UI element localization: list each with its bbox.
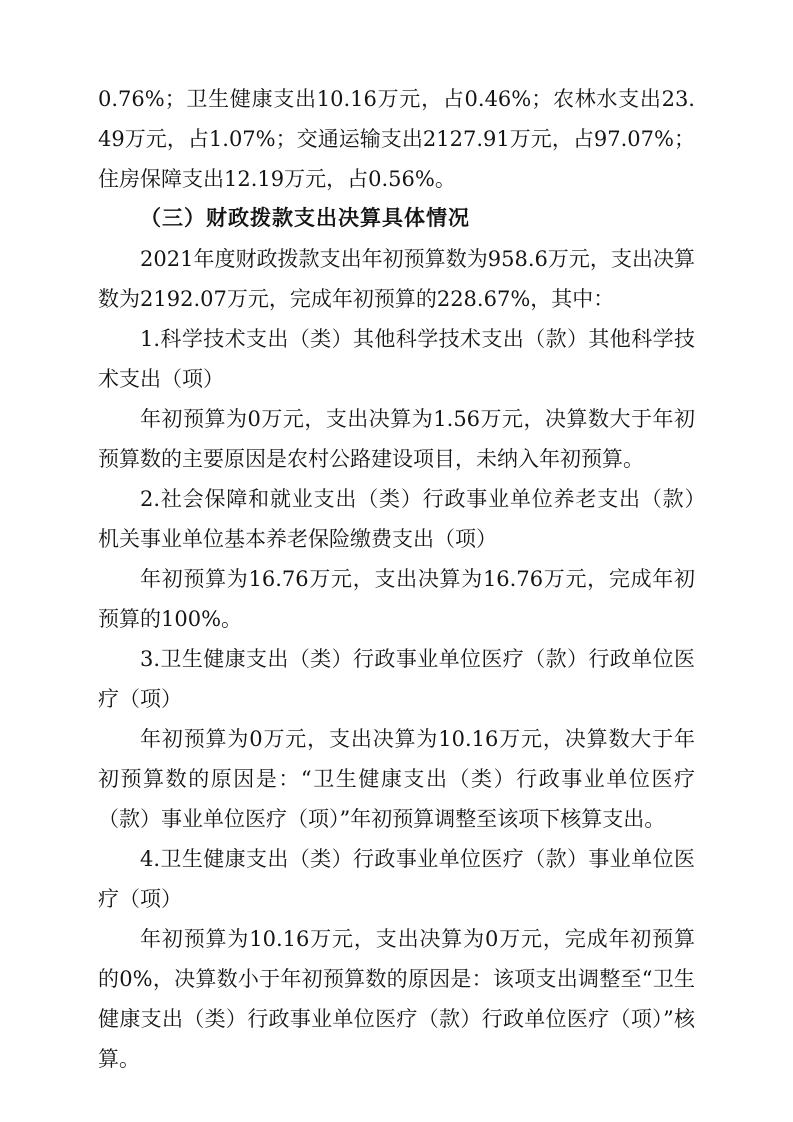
section-heading-fiscal-appropriation-details: （三）财政拨款支出决算具体情况 [98, 199, 695, 239]
document-content: 0.76%；卫生健康支出10.16万元，占0.46%；农林水支出23.49万元，… [98, 79, 695, 1079]
paragraph-item1-science-technology-detail: 年初预算为0万元，支出决算为1.56万元，决算数大于年初预算数的主要原因是农村公… [98, 399, 695, 479]
paragraph-annual-budget-overview: 2021年度财政拨款支出年初预算数为958.6万元，支出决算数为2192.07万… [98, 239, 695, 319]
paragraph-item2-social-security-title: 2.社会保障和就业支出（类）行政事业单位养老支出（款） 机关事业单位基本养老保险… [98, 479, 695, 559]
paragraph-item4-health-institution-detail: 年初预算为10.16万元，支出决算为0万元，完成年初预算的0%，决算数小于年初预… [98, 919, 695, 1079]
paragraph-item3-health-admin-title: 3.卫生健康支出（类）行政事业单位医疗（款）行政单位医疗（项） [98, 639, 695, 719]
paragraph-item3-health-admin-detail: 年初预算为0万元，支出决算为10.16万元，决算数大于年初预算数的原因是：“卫生… [98, 719, 695, 839]
document-page: 0.76%；卫生健康支出10.16万元，占0.46%；农林水支出23.49万元，… [0, 0, 793, 1122]
paragraph-item1-science-technology-title: 1.科学技术支出（类）其他科学技术支出（款）其他科学技术支出（项） [98, 319, 695, 399]
paragraph-expenditure-shares-continuation: 0.76%；卫生健康支出10.16万元，占0.46%；农林水支出23.49万元，… [98, 79, 695, 199]
paragraph-item4-health-institution-title: 4.卫生健康支出（类）行政事业单位医疗（款）事业单位医疗（项） [98, 839, 695, 919]
paragraph-item2-social-security-detail: 年初预算为16.76万元，支出决算为16.76万元，完成年初预算的100%。 [98, 559, 695, 639]
